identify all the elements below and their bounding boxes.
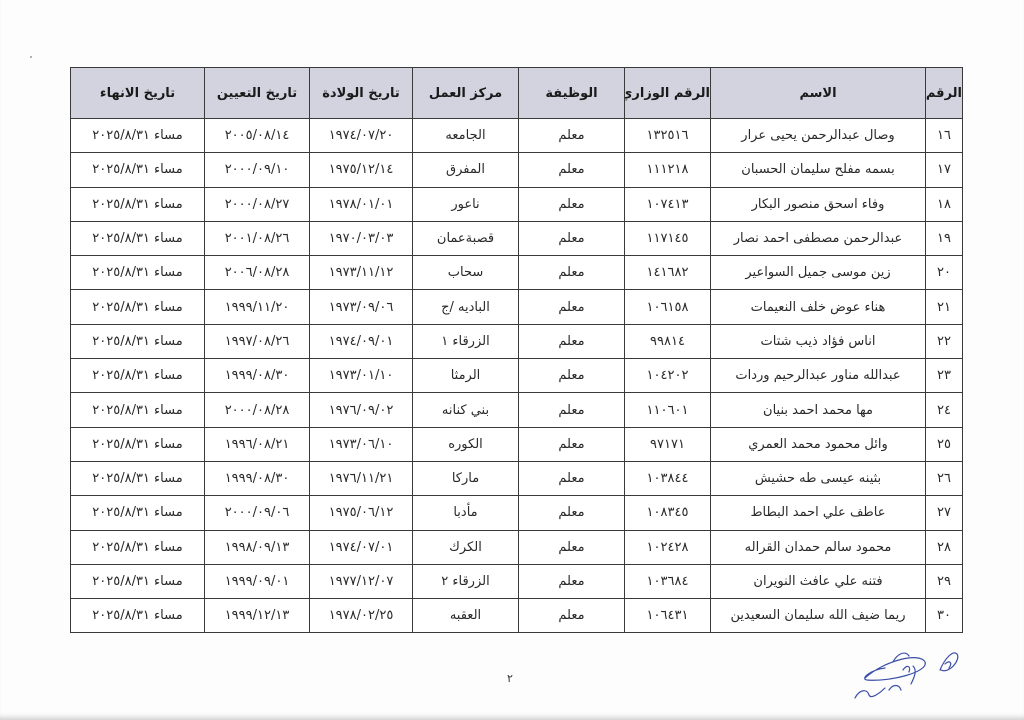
cell-appointment-date: ٢٠٠٠/٠٨/٢٧ <box>205 187 310 221</box>
cell-index: ٢٢ <box>926 324 963 358</box>
cell-index: ٣٠ <box>926 599 963 633</box>
cell-ministry-number: ١٠٨٣٤٥ <box>625 496 711 530</box>
cell-appointment-date: ٢٠٠٠/٠٩/٠٦ <box>205 496 310 530</box>
cell-ministry-number: ٩٧١٧١ <box>625 427 711 461</box>
cell-name: عبدالرحمن مصطفى احمد نصار <box>711 221 926 255</box>
cell-job: معلم <box>519 119 625 153</box>
cell-end-date: مساء ٢٠٢٥/٨/٣١ <box>71 393 205 427</box>
cell-job: معلم <box>519 427 625 461</box>
cell-ministry-number: ١١٠٦٠١ <box>625 393 711 427</box>
header-job: الوظيفة <box>519 68 625 119</box>
cell-name: بثينه عيسى طه حشيش <box>711 461 926 495</box>
cell-appointment-date: ١٩٩٦/٠٨/٢١ <box>205 427 310 461</box>
cell-name: محمود سالم حمدان القراله <box>711 530 926 564</box>
cell-index: ٢٥ <box>926 427 963 461</box>
cell-work-center: الزرقاء ٢ <box>413 564 519 598</box>
table-row: ٢٦بثينه عيسى طه حشيش١٠٣٨٤٤معلمماركا١٩٧٦/… <box>71 461 963 495</box>
cell-birth-date: ١٩٧٦/١١/٢١ <box>310 461 413 495</box>
cell-appointment-date: ١٩٩٩/٠٨/٣٠ <box>205 359 310 393</box>
cell-appointment-date: ٢٠٠٠/٠٨/٢٨ <box>205 393 310 427</box>
cell-name: هناء عوض خلف النعيمات <box>711 290 926 324</box>
header-end-date: تاريخ الانهاء <box>71 68 205 119</box>
cell-index: ١٩ <box>926 221 963 255</box>
cell-work-center: العقبه <box>413 599 519 633</box>
table-row: ٢٨محمود سالم حمدان القراله١٠٢٤٢٨معلمالكر… <box>71 530 963 564</box>
cell-ministry-number: ١٠٤٢٠٢ <box>625 359 711 393</box>
cell-work-center: ماركا <box>413 461 519 495</box>
cell-end-date: مساء ٢٠٢٥/٨/٣١ <box>71 290 205 324</box>
table-row: ٢٧عاطف علي احمد البطاط١٠٨٣٤٥معلممأدبا١٩٧… <box>71 496 963 530</box>
cell-job: معلم <box>519 187 625 221</box>
cell-work-center: الزرقاء ١ <box>413 324 519 358</box>
cell-index: ٢٦ <box>926 461 963 495</box>
cell-name: مها محمد احمد بنيان <box>711 393 926 427</box>
cell-index: ٢٧ <box>926 496 963 530</box>
cell-birth-date: ١٩٧٠/٠٣/٠٣ <box>310 221 413 255</box>
table-row: ١٦وصال عبدالرحمن يحيى عرار١٣٢٥١٦معلمالجا… <box>71 119 963 153</box>
cell-name: ريما ضيف الله سليمان السعيدين <box>711 599 926 633</box>
cell-job: معلم <box>519 290 625 324</box>
cell-name: وائل محمود محمد العمري <box>711 427 926 461</box>
cell-birth-date: ١٩٧٣/٠٩/٠٦ <box>310 290 413 324</box>
cell-work-center: مأدبا <box>413 496 519 530</box>
table-row: ٢٠زين موسى جميل السواعير١٤١٦٨٢معلمسحاب١٩… <box>71 256 963 290</box>
cell-name: عاطف علي احمد البطاط <box>711 496 926 530</box>
table-row: ٢٢اناس فؤاد ذيب شتات٩٩٨١٤معلمالزرقاء ١١٩… <box>71 324 963 358</box>
header-name: الاسم <box>711 68 926 119</box>
table-row: ٣٠ريما ضيف الله سليمان السعيدين١٠٦٤٣١معل… <box>71 599 963 633</box>
cell-birth-date: ١٩٧٣/٠١/١٠ <box>310 359 413 393</box>
cell-name: وفاء اسحق منصور البكار <box>711 187 926 221</box>
cell-end-date: مساء ٢٠٢٥/٨/٣١ <box>71 119 205 153</box>
cell-ministry-number: ١٠٦١٥٨ <box>625 290 711 324</box>
cell-job: معلم <box>519 324 625 358</box>
cell-work-center: الجامعه <box>413 119 519 153</box>
cell-ministry-number: ١٤١٦٨٢ <box>625 256 711 290</box>
table-row: ١٧بسمه مفلح سليمان الحسبان١١١٢١٨معلمالمف… <box>71 153 963 187</box>
cell-index: ٢٩ <box>926 564 963 598</box>
cell-ministry-number: ١٣٢٥١٦ <box>625 119 711 153</box>
header-birth-date: تاريخ الولادة <box>310 68 413 119</box>
table-row: ٢٤مها محمد احمد بنيان١١٠٦٠١معلمبني كنانه… <box>71 393 963 427</box>
cell-end-date: مساء ٢٠٢٥/٨/٣١ <box>71 221 205 255</box>
cell-work-center: سحاب <box>413 256 519 290</box>
cell-job: معلم <box>519 393 625 427</box>
cell-appointment-date: ١٩٩٩/١١/٢٠ <box>205 290 310 324</box>
cell-work-center: قصبةعمان <box>413 221 519 255</box>
cell-name: زين موسى جميل السواعير <box>711 256 926 290</box>
cell-index: ٢٤ <box>926 393 963 427</box>
cell-work-center: الكوره <box>413 427 519 461</box>
cell-work-center: الباديه /ج <box>413 290 519 324</box>
header-index: الرقم <box>926 68 963 119</box>
cell-index: ١٧ <box>926 153 963 187</box>
cell-work-center: ناعور <box>413 187 519 221</box>
cell-birth-date: ١٩٧٦/٠٩/٠٢ <box>310 393 413 427</box>
cell-birth-date: ١٩٧٨/٠٢/٢٥ <box>310 599 413 633</box>
scan-speck <box>30 56 32 58</box>
cell-job: معلم <box>519 256 625 290</box>
cell-appointment-date: ٢٠٠٠/٠٩/١٠ <box>205 153 310 187</box>
cell-name: فتنه علي عافث النويران <box>711 564 926 598</box>
cell-ministry-number: ١٠٦٤٣١ <box>625 599 711 633</box>
cell-end-date: مساء ٢٠٢٥/٨/٣١ <box>71 461 205 495</box>
page-number: ٢ <box>507 672 513 685</box>
cell-index: ٢٣ <box>926 359 963 393</box>
cell-ministry-number: ١١٧١٤٥ <box>625 221 711 255</box>
cell-appointment-date: ١٩٩٩/٠٨/٣٠ <box>205 461 310 495</box>
cell-index: ١٨ <box>926 187 963 221</box>
cell-ministry-number: ١٠٢٤٢٨ <box>625 530 711 564</box>
cell-name: عبدالله مناور عبدالرحيم وردات <box>711 359 926 393</box>
cell-name: اناس فؤاد ذيب شتات <box>711 324 926 358</box>
cell-end-date: مساء ٢٠٢٥/٨/٣١ <box>71 187 205 221</box>
cell-appointment-date: ١٩٩٧/٠٨/٢٦ <box>205 324 310 358</box>
cell-job: معلم <box>519 153 625 187</box>
cell-birth-date: ١٩٧٧/١٢/٠٧ <box>310 564 413 598</box>
cell-index: ١٦ <box>926 119 963 153</box>
cell-ministry-number: ٩٩٨١٤ <box>625 324 711 358</box>
table-row: ١٨وفاء اسحق منصور البكار١٠٧٤١٣معلمناعور١… <box>71 187 963 221</box>
cell-job: معلم <box>519 530 625 564</box>
cell-birth-date: ١٩٧٣/١١/١٢ <box>310 256 413 290</box>
table-row: ٢١هناء عوض خلف النعيمات١٠٦١٥٨معلمالباديه… <box>71 290 963 324</box>
cell-birth-date: ١٩٧٥/١٢/١٤ <box>310 153 413 187</box>
cell-birth-date: ١٩٧٣/٠٦/١٠ <box>310 427 413 461</box>
cell-birth-date: ١٩٧٨/٠١/٠١ <box>310 187 413 221</box>
cell-birth-date: ١٩٧٤/٠٧/٠١ <box>310 530 413 564</box>
header-ministry-number: الرقم الوزاري <box>625 68 711 119</box>
cell-job: معلم <box>519 461 625 495</box>
cell-ministry-number: ١٠٣٦٨٤ <box>625 564 711 598</box>
cell-appointment-date: ٢٠٠٥/٠٨/١٤ <box>205 119 310 153</box>
cell-appointment-date: ١٩٩٩/١٢/١٣ <box>205 599 310 633</box>
cell-appointment-date: ١٩٩٩/٠٩/٠١ <box>205 564 310 598</box>
cell-end-date: مساء ٢٠٢٥/٨/٣١ <box>71 530 205 564</box>
cell-end-date: مساء ٢٠٢٥/٨/٣١ <box>71 153 205 187</box>
cell-name: وصال عبدالرحمن يحيى عرار <box>711 119 926 153</box>
cell-end-date: مساء ٢٠٢٥/٨/٣١ <box>71 427 205 461</box>
cell-index: ٢١ <box>926 290 963 324</box>
cell-job: معلم <box>519 221 625 255</box>
table-row: ٢٣عبدالله مناور عبدالرحيم وردات١٠٤٢٠٢معل… <box>71 359 963 393</box>
cell-ministry-number: ١٠٣٨٤٤ <box>625 461 711 495</box>
cell-end-date: مساء ٢٠٢٥/٨/٣١ <box>71 256 205 290</box>
cell-birth-date: ١٩٧٤/٠٧/٢٠ <box>310 119 413 153</box>
cell-index: ٢٨ <box>926 530 963 564</box>
cell-work-center: المفرق <box>413 153 519 187</box>
signature-icon <box>845 640 965 705</box>
cell-job: معلم <box>519 599 625 633</box>
cell-end-date: مساء ٢٠٢٥/٨/٣١ <box>71 564 205 598</box>
cell-ministry-number: ١٠٧٤١٣ <box>625 187 711 221</box>
cell-work-center: الرمثا <box>413 359 519 393</box>
cell-birth-date: ١٩٧٤/٠٩/٠١ <box>310 324 413 358</box>
cell-work-center: بني كنانه <box>413 393 519 427</box>
table-header-row: الرقم الاسم الرقم الوزاري الوظيفة مركز ا… <box>71 68 963 119</box>
cell-index: ٢٠ <box>926 256 963 290</box>
cell-end-date: مساء ٢٠٢٥/٨/٣١ <box>71 359 205 393</box>
cell-job: معلم <box>519 564 625 598</box>
table-row: ١٩عبدالرحمن مصطفى احمد نصار١١٧١٤٥معلمقصب… <box>71 221 963 255</box>
header-appointment-date: تاريخ التعيين <box>205 68 310 119</box>
cell-name: بسمه مفلح سليمان الحسبان <box>711 153 926 187</box>
cell-end-date: مساء ٢٠٢٥/٨/٣١ <box>71 324 205 358</box>
table-row: ٢٥وائل محمود محمد العمري٩٧١٧١معلمالكوره١… <box>71 427 963 461</box>
cell-end-date: مساء ٢٠٢٥/٨/٣١ <box>71 496 205 530</box>
cell-appointment-date: ١٩٩٨/٠٩/١٣ <box>205 530 310 564</box>
cell-end-date: مساء ٢٠٢٥/٨/٣١ <box>71 599 205 633</box>
cell-job: معلم <box>519 359 625 393</box>
cell-ministry-number: ١١١٢١٨ <box>625 153 711 187</box>
cell-appointment-date: ٢٠٠١/٠٨/٢٦ <box>205 221 310 255</box>
cell-work-center: الكرك <box>413 530 519 564</box>
cell-appointment-date: ٢٠٠٦/٠٨/٢٨ <box>205 256 310 290</box>
header-work-center: مركز العمل <box>413 68 519 119</box>
table-row: ٢٩فتنه علي عافث النويران١٠٣٦٨٤معلمالزرقا… <box>71 564 963 598</box>
retirement-roster-table: الرقم الاسم الرقم الوزاري الوظيفة مركز ا… <box>70 67 963 633</box>
cell-job: معلم <box>519 496 625 530</box>
cell-birth-date: ١٩٧٥/٠٦/١٢ <box>310 496 413 530</box>
